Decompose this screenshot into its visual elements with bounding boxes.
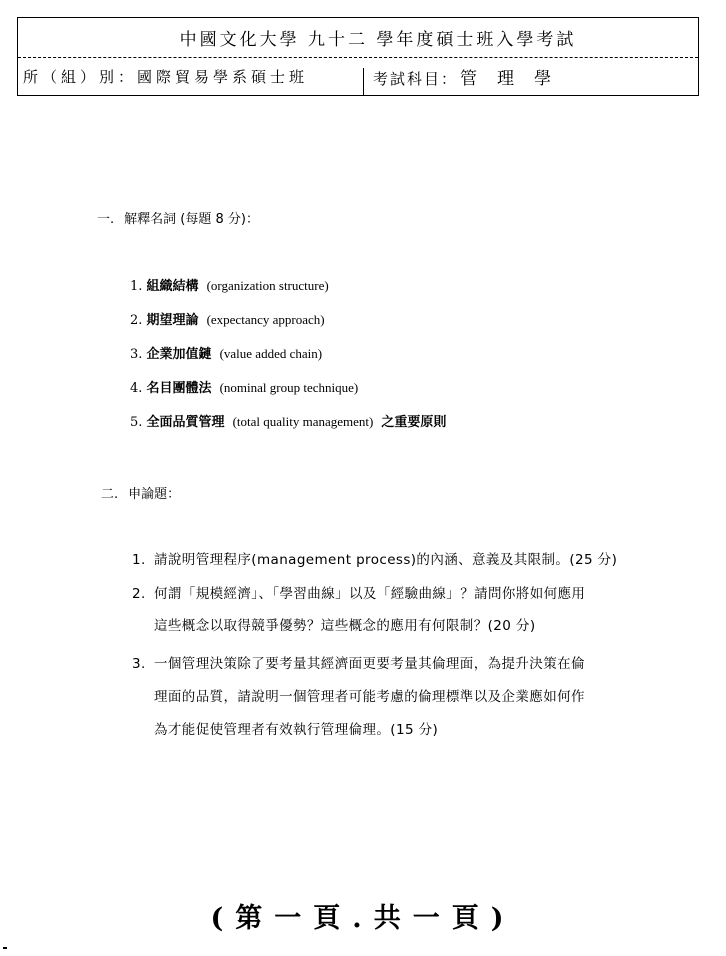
term-number: 1. — [130, 279, 142, 294]
term-english: (organization structure) — [207, 278, 329, 293]
term-chinese: 名目團體法 — [147, 381, 212, 396]
term-english: (total quality management) — [233, 414, 374, 429]
exam-info-row: 所（組）別：國際貿易學系碩士班 考試科目：管理學 — [18, 58, 698, 95]
subject-field: 考試科目：管理學 — [363, 64, 571, 89]
term-english: (value added chain) — [220, 346, 323, 361]
question-text: 一個管理決策除了要考量其經濟面更要考量其倫理面，為提升決策在倫 — [154, 656, 585, 672]
term-chinese: 企業加值鏈 — [147, 347, 212, 362]
question-number: 3. — [132, 656, 154, 672]
page-indicator: (第一頁.共一頁) — [0, 896, 726, 935]
section-1-heading: 一.解釋名詞 (每題 8 分)： — [97, 208, 259, 227]
essay-question-3: 3.一個管理決策除了要考量其經濟面更要考量其倫理面，為提升決策在倫 — [132, 652, 585, 672]
subject-label: 考試科目： — [373, 70, 458, 88]
section-2-title: 申論題： — [128, 487, 180, 502]
essay-question-2-continued: 這些概念以取得競爭優勢？這些概念的應用有何限制？(20 分) — [154, 614, 536, 634]
term-english: (expectancy approach) — [207, 312, 325, 327]
essay-question-2: 2.何謂「規模經濟」、「學習曲線」以及「經驗曲線」？請問你將如何應用 — [132, 582, 585, 602]
term-number: 3. — [130, 347, 142, 362]
term-item-1: 1. 組織結構(organization structure) — [130, 275, 329, 294]
term-item-5: 5. 全面品質管理(total quality management)之重要原則 — [130, 411, 446, 430]
term-item-4: 4. 名目團體法(nominal group technique) — [130, 377, 358, 396]
subject-value: 管理學 — [460, 69, 571, 89]
essay-question-3-continued-2: 為才能促使管理者有效執行管理倫理。(15 分) — [154, 718, 438, 738]
question-text: 何謂「規模經濟」、「學習曲線」以及「經驗曲線」？請問你將如何應用 — [154, 586, 585, 602]
question-text: 理面的品質，請說明一個管理者可能考慮的倫理標準以及企業應如何作 — [154, 689, 585, 705]
question-number: 1. — [132, 552, 154, 568]
term-chinese: 組織結構 — [147, 279, 199, 294]
term-suffix: 之重要原則 — [381, 415, 446, 430]
section-2-number: 二. — [101, 487, 118, 502]
section-2-heading: 二.申論題： — [101, 483, 180, 502]
question-number: 2. — [132, 586, 154, 602]
term-number: 2. — [130, 313, 142, 328]
department-label: 所（組）別： — [23, 68, 137, 86]
term-chinese: 全面品質管理 — [147, 415, 225, 430]
exam-header-box: 中國文化大學 九十二 學年度碩士班入學考試 所（組）別：國際貿易學系碩士班 考試… — [17, 17, 699, 96]
department-field: 所（組）別：國際貿易學系碩士班 — [18, 66, 363, 87]
department-value: 國際貿易學系碩士班 — [137, 68, 308, 86]
question-text: 這些概念以取得競爭優勢？這些概念的應用有何限制？(20 分) — [154, 618, 536, 634]
term-number: 4. — [130, 381, 142, 396]
question-text: 請說明管理程序(management process)的內涵、意義及其限制。(2… — [154, 552, 617, 568]
section-1-title: 解釋名詞 (每題 8 分)： — [124, 212, 259, 227]
scan-speck — [3, 947, 7, 949]
term-number: 5. — [130, 415, 142, 430]
question-text: 為才能促使管理者有效執行管理倫理。(15 分) — [154, 722, 438, 738]
term-chinese: 期望理論 — [147, 313, 199, 328]
exam-title: 中國文化大學 九十二 學年度碩士班入學考試 — [18, 18, 698, 58]
term-item-2: 2. 期望理論(expectancy approach) — [130, 309, 325, 328]
section-1-number: 一. — [97, 212, 114, 227]
term-english: (nominal group technique) — [220, 380, 359, 395]
essay-question-3-continued-1: 理面的品質，請說明一個管理者可能考慮的倫理標準以及企業應如何作 — [154, 685, 585, 705]
term-item-3: 3. 企業加值鏈(value added chain) — [130, 343, 322, 362]
essay-question-1: 1.請說明管理程序(management process)的內涵、意義及其限制。… — [132, 548, 617, 568]
